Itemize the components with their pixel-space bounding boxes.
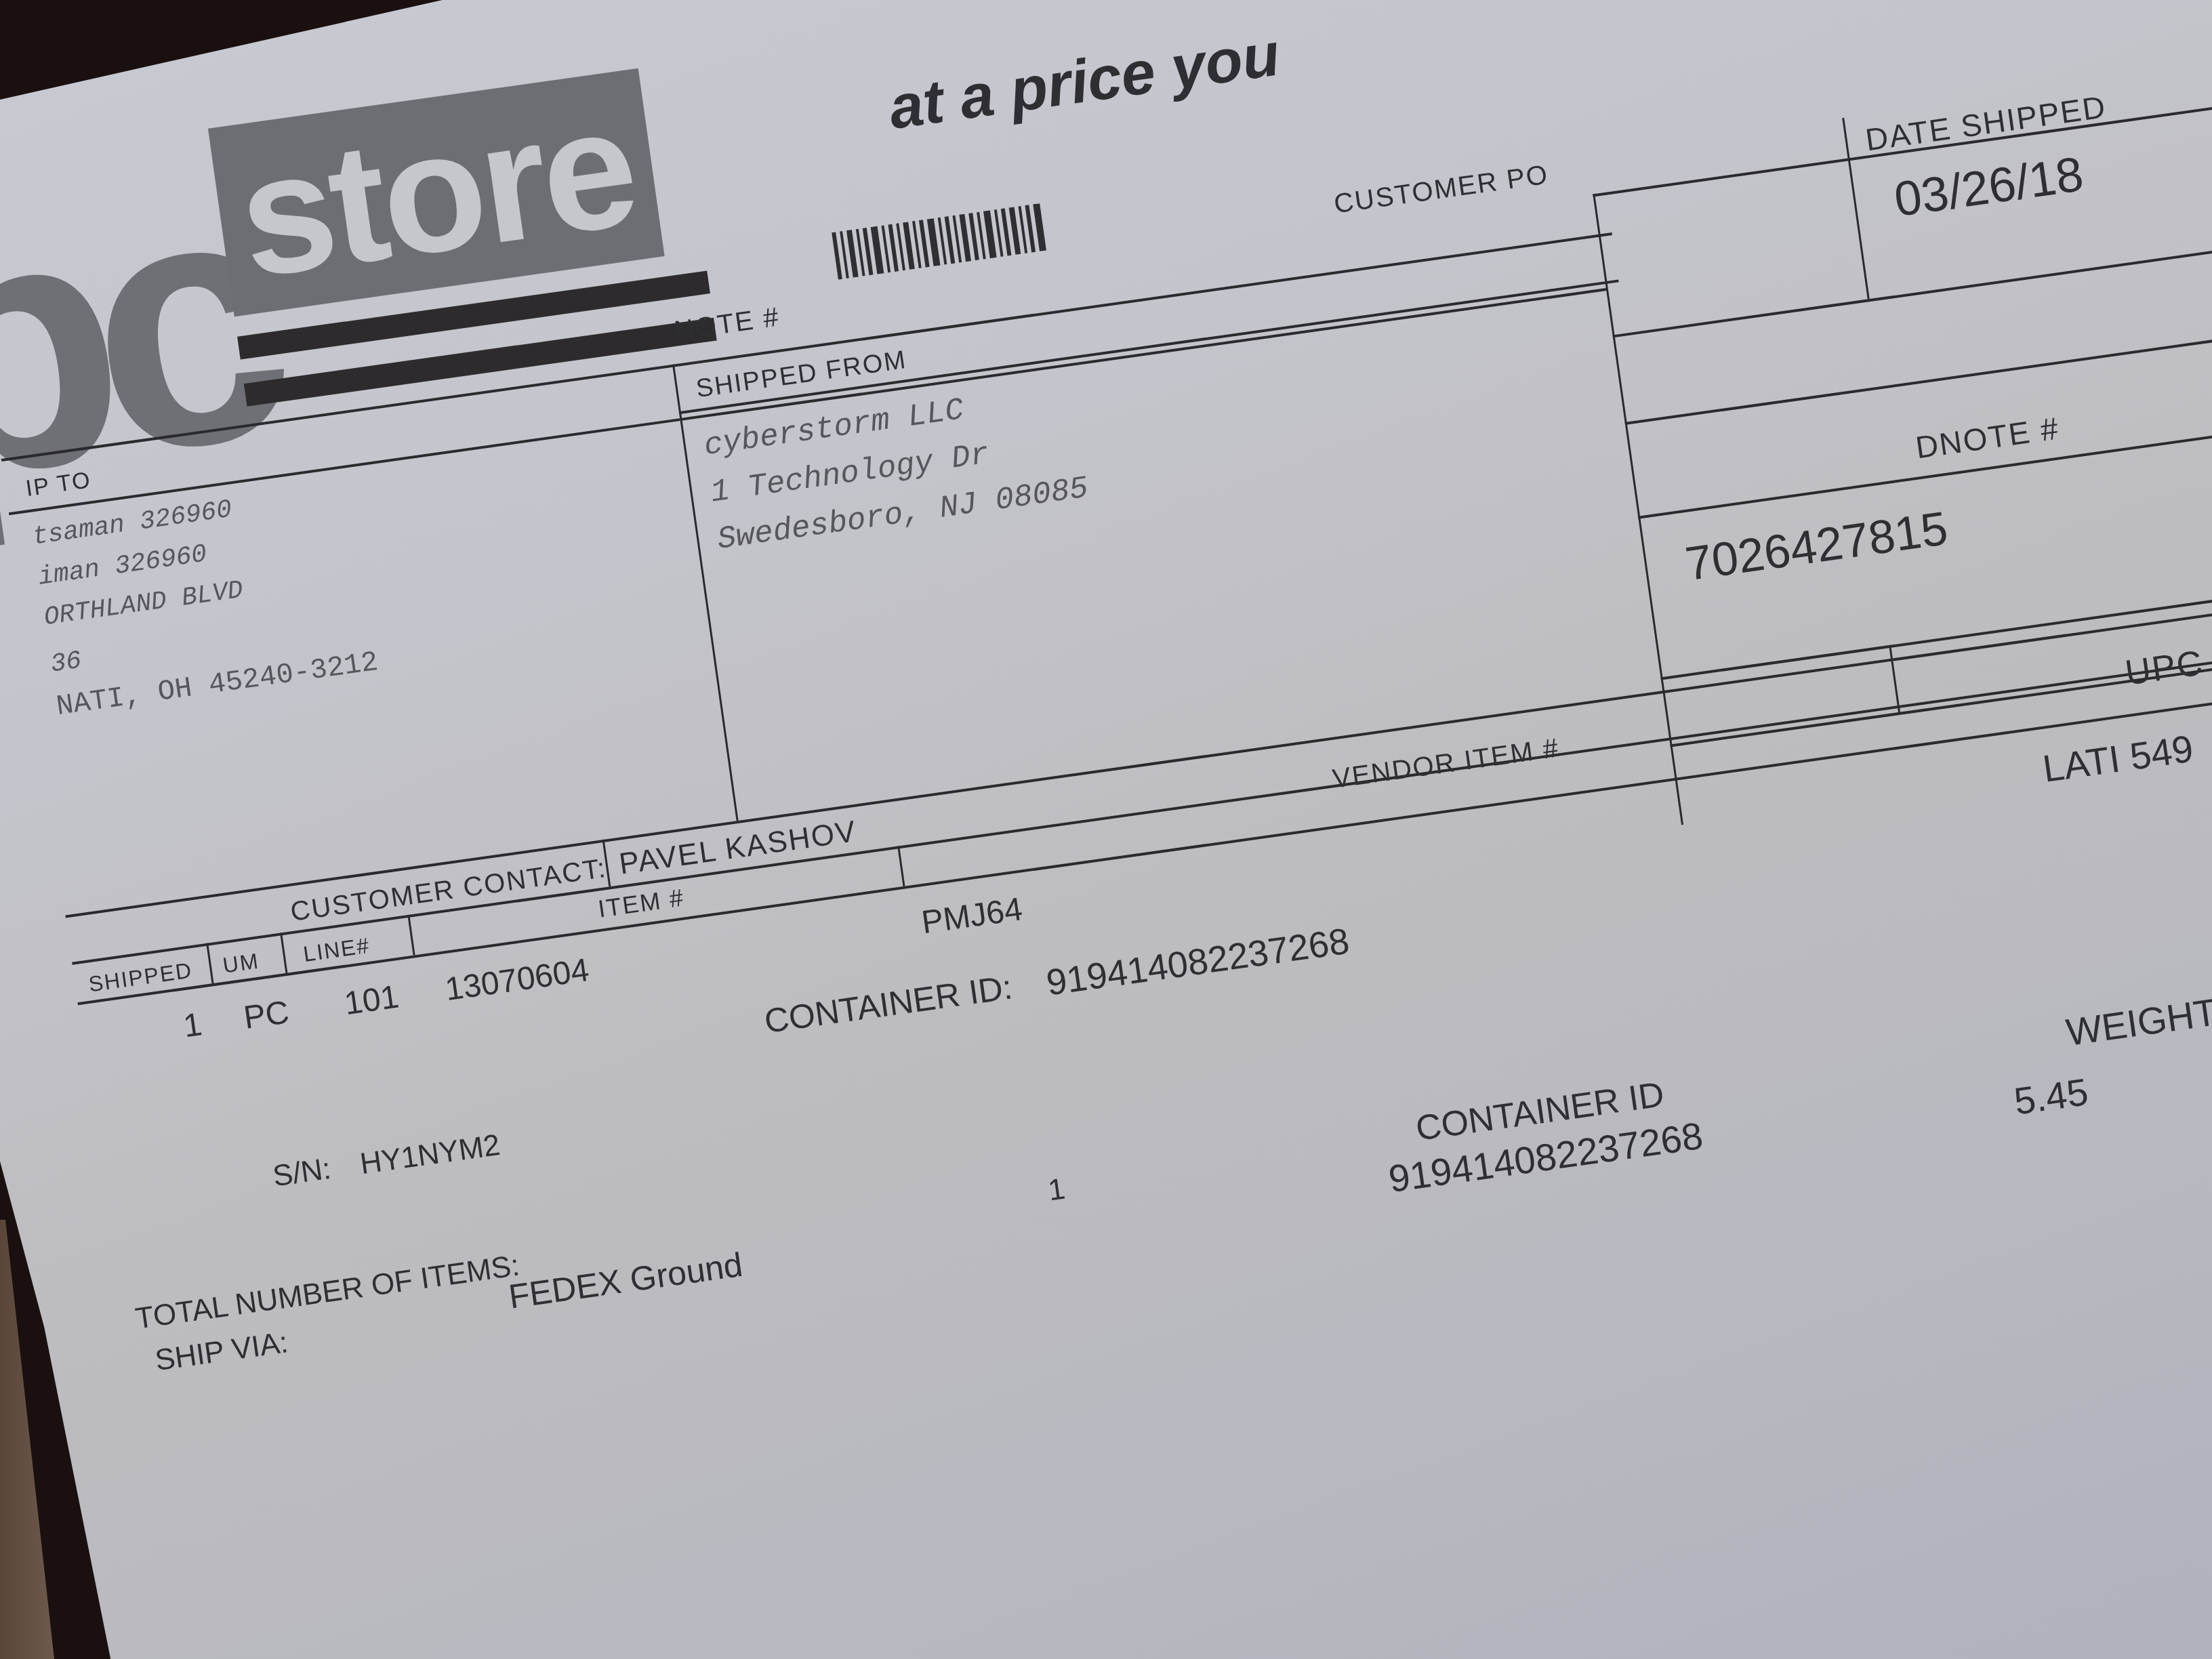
cell-vendor-item: PMJ64 bbox=[919, 890, 1025, 941]
weight-label: WEIGHT bbox=[2064, 989, 2212, 1054]
rule bbox=[680, 288, 1606, 421]
divider bbox=[206, 943, 213, 984]
cell-upc: LATI 549 bbox=[2040, 726, 2196, 790]
weight-value: 5.45 bbox=[2011, 1069, 2091, 1124]
rule bbox=[1612, 231, 2212, 337]
col-shipped: SHIPPED bbox=[87, 958, 194, 997]
col-vendor-item: VENDOR ITEM # bbox=[1331, 733, 1561, 795]
divider bbox=[1593, 194, 1683, 825]
customer-po-label: CUSTOMER PO bbox=[1332, 159, 1551, 220]
cell-line: 101 bbox=[342, 978, 401, 1023]
divider bbox=[407, 915, 415, 956]
rule bbox=[65, 585, 2212, 918]
divider bbox=[897, 846, 905, 886]
barcode bbox=[832, 203, 1046, 279]
col-um: UM bbox=[221, 949, 260, 979]
divider bbox=[1889, 645, 1900, 712]
dnote-value: 7026427815 bbox=[1682, 501, 1951, 591]
total-items-label: TOTAL NUMBER OF ITEMS: bbox=[134, 1249, 522, 1336]
ship-via-label: SHIP VIA: bbox=[153, 1326, 290, 1378]
ship-via-value: FEDEX Ground bbox=[506, 1245, 745, 1317]
cell-item: 13070604 bbox=[443, 951, 591, 1008]
container-id-inline-label: CONTAINER ID: bbox=[762, 967, 1015, 1041]
note-label: NOTE # bbox=[672, 302, 781, 346]
serial-label: S/N: bbox=[271, 1152, 333, 1193]
divider bbox=[1842, 118, 1870, 300]
divider bbox=[280, 933, 287, 973]
total-items-value: 1 bbox=[1046, 1172, 1067, 1208]
ship-to-line: 36 bbox=[49, 647, 83, 680]
serial-value: HY1NYM2 bbox=[358, 1128, 502, 1181]
rule bbox=[1625, 319, 2212, 425]
container-id-inline-value: 919414082237268 bbox=[1044, 920, 1352, 1004]
customer-contact-value: PAVEL KASHOV bbox=[617, 815, 859, 882]
cell-um: PC bbox=[241, 994, 291, 1037]
dnote-label: DNOTE # bbox=[1913, 409, 2062, 466]
ship-to-line: NATI, OH 45240-3212 bbox=[54, 646, 380, 723]
col-upc: UPC bbox=[2123, 642, 2206, 694]
customer-contact-label: CUSTOMER CONTACT: bbox=[289, 853, 609, 928]
cell-shipped: 1 bbox=[181, 1006, 204, 1045]
rule bbox=[72, 632, 2212, 965]
date-shipped-value: 03/26/18 bbox=[1891, 146, 2087, 228]
